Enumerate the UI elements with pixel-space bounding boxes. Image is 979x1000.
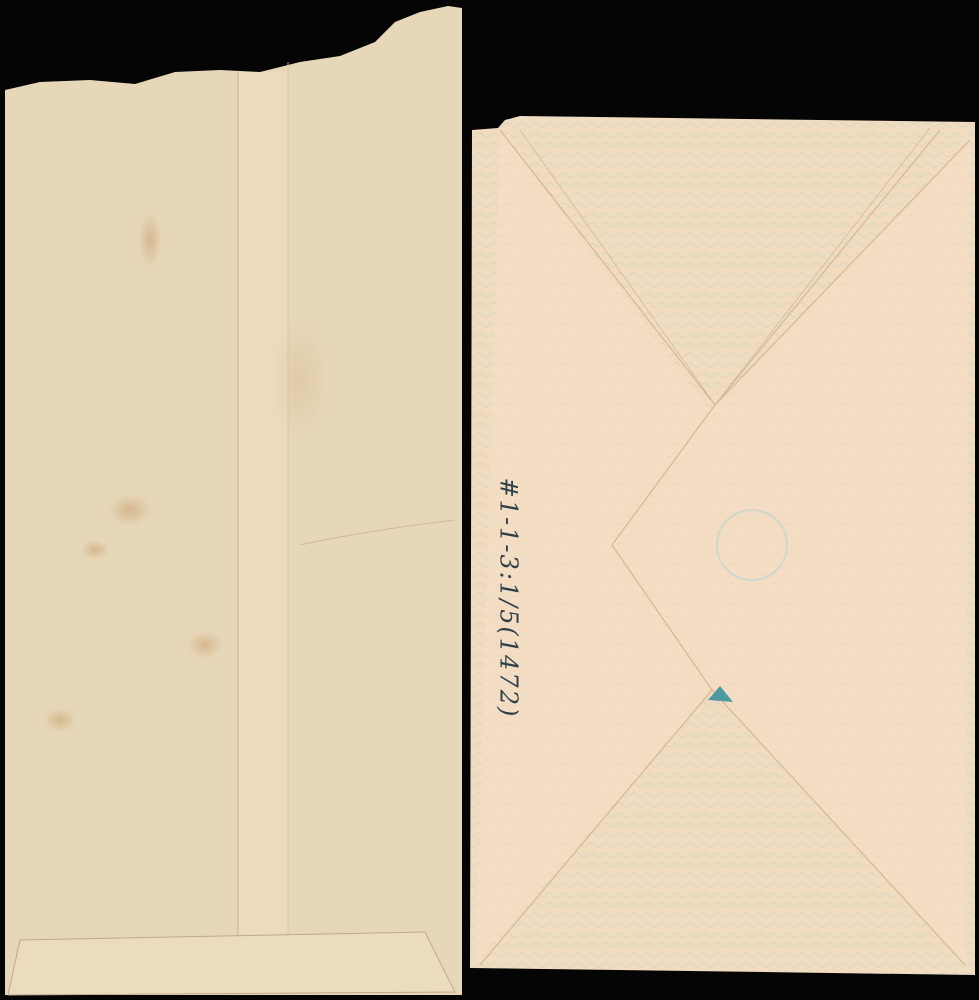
- handwritten-note-text: #1-1-3:1/5(1472): [494, 478, 522, 719]
- right-envelope: [470, 116, 975, 975]
- left-envelope: [5, 6, 462, 995]
- handwritten-note: #1-1-3:1/5(1472): [478, 468, 538, 728]
